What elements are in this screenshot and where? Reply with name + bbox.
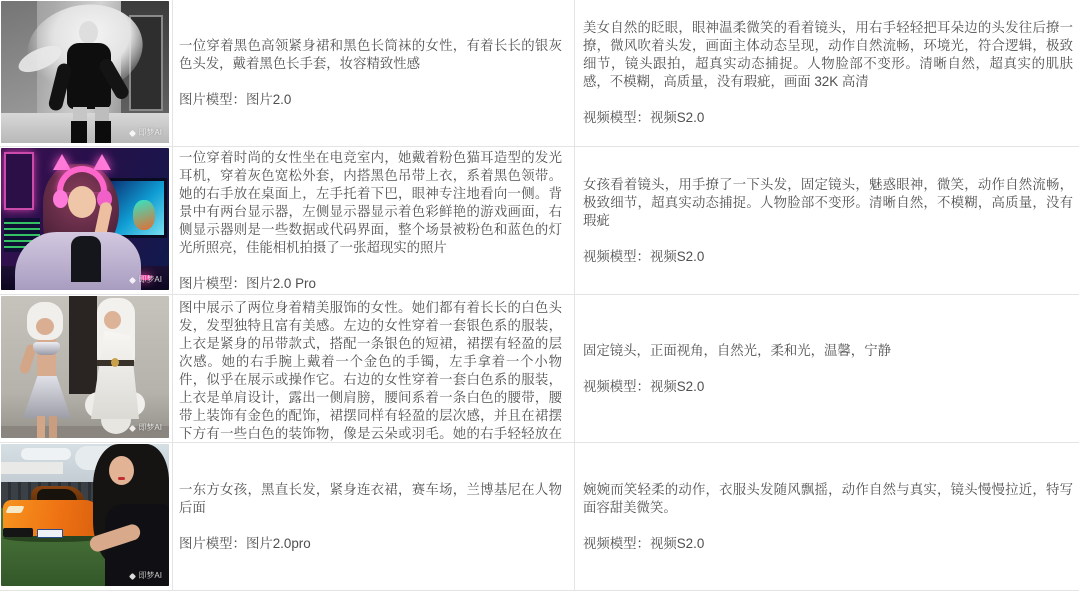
image-model-label: 图片模型：图片2.0pro	[179, 535, 562, 553]
dark-doorway	[69, 296, 97, 394]
face	[79, 21, 98, 44]
image-prompt-cell: 一位穿着时尚的女性坐在电竞室内，她戴着粉色猫耳造型的发光耳机，穿着灰色宽松外套，…	[173, 147, 575, 294]
thumbnail-cell: 即梦AI	[0, 295, 173, 442]
image-prompt-cell: 一东方女孩，黑直长发，紧身连衣裙，赛车场，兰博基尼在人物后面 图片模型：图片2.…	[173, 443, 575, 590]
license-plate	[37, 529, 63, 538]
video-prompt-cell: 固定镜头，正面视角，自然光，柔和光，温馨，宁静 视频模型：视频S2.0	[575, 295, 1079, 442]
face	[68, 186, 96, 218]
leg	[49, 416, 57, 438]
video-prompt-text: 女孩看着镜头，用手撩了一下头发，固定镜头，魅惑眼神，微笑，动作自然流畅，极致细节…	[583, 176, 1073, 230]
headlight	[5, 506, 24, 513]
cat-ear-right	[93, 154, 111, 170]
grandstand	[1, 462, 63, 474]
image-prompt-text: 图中展示了两位身着精美服饰的女性。她们都有着长长的白色头发，发型独特且富有美感。…	[179, 299, 562, 442]
headphone-cup	[53, 190, 68, 208]
sparkle-icon	[129, 572, 136, 579]
video-prompt-cell: 女孩看着镜头，用手撩了一下头发，固定镜头，魅惑眼神，微笑，动作自然流畅，极致细节…	[575, 147, 1079, 294]
clouds	[21, 448, 71, 460]
jimeng-watermark: 即梦AI	[130, 129, 162, 137]
prompt-table: 即梦AI 一位穿着黑色高领紧身裙和黑色长筒袜的女性，有着长长的银灰色头发，戴着黑…	[0, 0, 1079, 591]
neon-panel	[4, 152, 34, 210]
image-prompt-text: 一位穿着黑色高领紧身裙和黑色长筒袜的女性，有着长长的银灰色头发，戴着黑色长手套，…	[179, 37, 562, 73]
image-model-label: 图片模型：图片2.0 Pro	[179, 275, 562, 293]
red-lips	[118, 477, 125, 480]
video-model-label: 视频模型：视频S2.0	[583, 535, 1073, 553]
cat-ear-left	[53, 154, 71, 170]
silver-top	[33, 342, 60, 355]
black-stocking	[95, 121, 111, 143]
image-prompt-cell: 图中展示了两位身着精美服饰的女性。她们都有着长长的白色头发，发型独特且富有美感。…	[173, 295, 575, 442]
table-row: 即梦AI 图中展示了两位身着精美服饰的女性。她们都有着长长的白色头发，发型独特且…	[0, 295, 1079, 443]
table-row: 即梦AI 一东方女孩，黑直长发，紧身连衣裙，赛车场，兰博基尼在人物后面 图片模型…	[0, 443, 1079, 591]
thumbnail-cyberpunk-gamer-girl[interactable]: 即梦AI	[1, 148, 169, 290]
video-prompt-text: 固定镜头，正面视角，自然光，柔和光，温馨，宁静	[583, 342, 1073, 360]
video-model-label: 视频模型：视频S2.0	[583, 248, 1073, 266]
video-prompt-cell: 婉婉而笑轻柔的动作，衣服头发随风飘摇，动作自然与真实，镜头慢慢拉近，特写面容甜美…	[575, 443, 1079, 590]
watermark-text: 即梦AI	[138, 424, 162, 432]
thumbnail-girl-orange-lamborghini[interactable]: 即梦AI	[1, 444, 169, 586]
jimeng-watermark: 即梦AI	[130, 424, 162, 432]
game-character	[133, 200, 155, 230]
thumbnail-cell: 即梦AI	[0, 0, 173, 146]
thumbnail-bw-silver-hair-woman[interactable]: 即梦AI	[1, 1, 169, 143]
watermark-text: 即梦AI	[138, 276, 162, 284]
watermark-text: 即梦AI	[138, 129, 162, 137]
video-model-label: 视频模型：视频S2.0	[583, 109, 1073, 127]
leg	[37, 416, 45, 438]
table-row: 即梦AI 一位穿着时尚的女性坐在电竞室内，她戴着粉色猫耳造型的发光耳机，穿着灰色…	[0, 147, 1079, 295]
thumbnail-two-women-silver-white[interactable]: 即梦AI	[1, 296, 169, 438]
black-top	[71, 236, 101, 282]
jimeng-watermark: 即梦AI	[130, 276, 162, 284]
image-prompt-text: 一位穿着时尚的女性坐在电竞室内，她戴着粉色猫耳造型的发光耳机，穿着灰色宽松外套，…	[179, 149, 562, 257]
watermark-text: 即梦AI	[138, 572, 162, 580]
table-row: 即梦AI 一位穿着黑色高领紧身裙和黑色长筒袜的女性，有着长长的银灰色头发，戴着黑…	[0, 0, 1079, 147]
thumbnail-cell: 即梦AI	[0, 443, 173, 590]
image-model-label: 图片模型：图片2.0	[179, 91, 562, 109]
face	[104, 311, 121, 329]
video-model-label: 视频模型：视频S2.0	[583, 378, 1073, 396]
video-prompt-cell: 美女自然的眨眼，眼神温柔微笑的看着镜头，用右手轻轻把耳朵边的头发往后撩一撩，微风…	[575, 0, 1079, 146]
black-stocking	[71, 121, 87, 143]
jimeng-watermark: 即梦AI	[130, 572, 162, 580]
sparkle-icon	[129, 129, 136, 136]
video-prompt-text: 婉婉而笑轻柔的动作，衣服头发随风飘摇，动作自然与真实，镜头慢慢拉近，特写面容甜美…	[583, 481, 1073, 517]
face	[109, 456, 134, 485]
thumbnail-cell: 即梦AI	[0, 147, 173, 294]
face	[36, 318, 54, 335]
silver-skirt	[23, 376, 71, 418]
gold-buckle	[111, 358, 119, 367]
sparkle-icon	[129, 424, 136, 431]
image-prompt-text: 一东方女孩，黑直长发，紧身连衣裙，赛车场，兰博基尼在人物后面	[179, 481, 562, 517]
image-prompt-cell: 一位穿着黑色高领紧身裙和黑色长筒袜的女性，有着长长的银灰色头发，戴着黑色长手套，…	[173, 0, 575, 146]
sparkle-icon	[129, 276, 136, 283]
video-prompt-text: 美女自然的眨眼，眼神温柔微笑的看着镜头，用右手轻轻把耳朵边的头发往后撩一撩，微风…	[583, 19, 1073, 91]
car-grill	[3, 528, 33, 537]
